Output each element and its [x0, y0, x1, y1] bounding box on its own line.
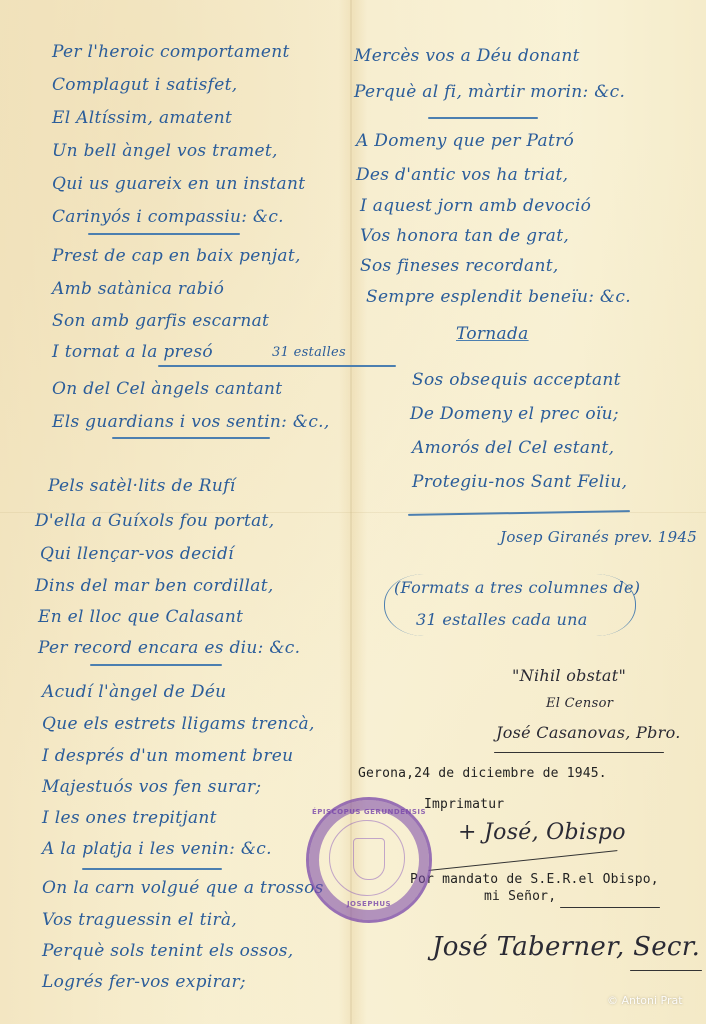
poem-line: Dins del mar ben cordillat, [35, 578, 274, 595]
poem-line: Els guardians i vos sentin: &c., [52, 414, 330, 431]
poem-line: A Domeny que per Patró [356, 133, 574, 150]
poem-line: On del Cel àngels cantant [52, 381, 282, 398]
mandate-line-1: Por mandato de S.E.R.el Obispo, [410, 872, 659, 887]
poem-line: D'ella a Guíxols fou portat, [35, 513, 274, 530]
format-note-line-1: (Formats a tres columnes de) [394, 580, 640, 596]
poem-line: Sos obsequis acceptant [412, 372, 621, 389]
poem-line: A la platja i les venin: &c. [42, 841, 272, 858]
episcopal-seal-stamp: ÉPISCOPUS GERUNDENSIS JOSEPHUS [306, 797, 432, 923]
poem-line: Prest de cap en baix penjat, [52, 248, 301, 265]
poem-line: Sos fineses recordant, [360, 258, 559, 275]
poem-line: I després d'un moment breu [42, 748, 293, 765]
poem-line: Un bell àngel vos tramet, [52, 143, 278, 160]
coat-of-arms-icon [353, 838, 385, 880]
poem-line: Vos honora tan de grat, [360, 228, 569, 245]
poem-line: Carinyós i compassiu: &c. [52, 209, 284, 226]
poem-line: Amorós del Cel estant, [412, 440, 614, 457]
poem-line: On la carn volgué que a trossos [42, 880, 324, 897]
bishop-signature: + José, Obispo [458, 822, 626, 844]
author-signature-line: Josep Giranés prev. 1945 [500, 530, 697, 545]
poem-line: Per record encara es diu: &c. [38, 640, 300, 657]
section-divider [158, 365, 396, 367]
censor-signature: José Casanovas, Pbro. [496, 725, 681, 741]
stanza-divider [88, 233, 240, 235]
seal-bottom-text: JOSEPHUS [309, 900, 429, 908]
signature-line [560, 907, 660, 908]
censor-role: El Censor [546, 697, 613, 710]
poem-line: De Domeny el prec oïu; [410, 406, 619, 423]
stanza-divider [90, 664, 222, 666]
poem-line: Complagut i satisfet, [52, 77, 237, 94]
poem-line: Per l'heroic comportament [52, 44, 290, 61]
poem-line: En el lloc que Calasant [38, 609, 243, 626]
mandate-line-2: mi Señor, [484, 889, 556, 904]
bishop-signature-flourish [428, 850, 617, 871]
seal-top-text: ÉPISCOPUS GERUNDENSIS [309, 808, 429, 816]
poem-line: Son amb garfis escarnat [52, 313, 269, 330]
tornada-heading: Tornada [456, 326, 529, 343]
poem-line: I tornat a la presó [52, 344, 213, 361]
poem-line: Sempre esplendit beneïu: &c. [366, 289, 631, 306]
stanza-divider [112, 437, 270, 439]
format-note-line-2: 31 estalles cada una [416, 612, 588, 628]
margin-note: 31 estalles [272, 346, 346, 359]
signature-flourish [494, 752, 664, 753]
imprimatur-label: Imprimatur [424, 797, 504, 812]
secretary-signature: José Taberner, Secr. [432, 934, 700, 960]
poem-line: Perquè al fi, màrtir morin: &c. [354, 84, 625, 101]
poem-line: Perquè sols tenint els ossos, [42, 943, 294, 960]
poem-line: Protegiu-nos Sant Feliu, [412, 474, 627, 491]
poem-line: Acudí l'àngel de Déu [42, 684, 226, 701]
poem-line: Qui us guareix en un instant [52, 176, 305, 193]
copyright-watermark: © Antoni Prat [607, 994, 683, 1007]
poem-line: Pels satèl·lits de Rufí [48, 478, 235, 495]
stanza-divider [428, 117, 538, 119]
poem-line: I les ones trepitjant [42, 810, 217, 827]
nihil-obstat-title: "Nihil obstat" [512, 668, 626, 684]
place-date: Gerona,24 de diciembre de 1945. [358, 766, 607, 781]
poem-line: Que els estrets lligams trencà, [42, 716, 315, 733]
poem-line: Des d'antic vos ha triat, [356, 167, 568, 184]
poem-line: I aquest jorn amb devoció [360, 198, 591, 215]
poem-line: Logrés fer-vos expirar; [42, 974, 246, 991]
poem-line: El Altíssim, amatent [52, 110, 232, 127]
poem-line: Vos traguessin el tirà, [42, 912, 237, 929]
poem-line: Majestuós vos fen surar; [42, 779, 261, 796]
poem-line: Qui llençar-vos decidí [40, 546, 234, 563]
secretary-underline [630, 970, 702, 971]
poem-line: Amb satànica rabió [52, 281, 224, 298]
poem-line: Mercès vos a Déu donant [354, 48, 580, 65]
stanza-divider [82, 868, 222, 870]
